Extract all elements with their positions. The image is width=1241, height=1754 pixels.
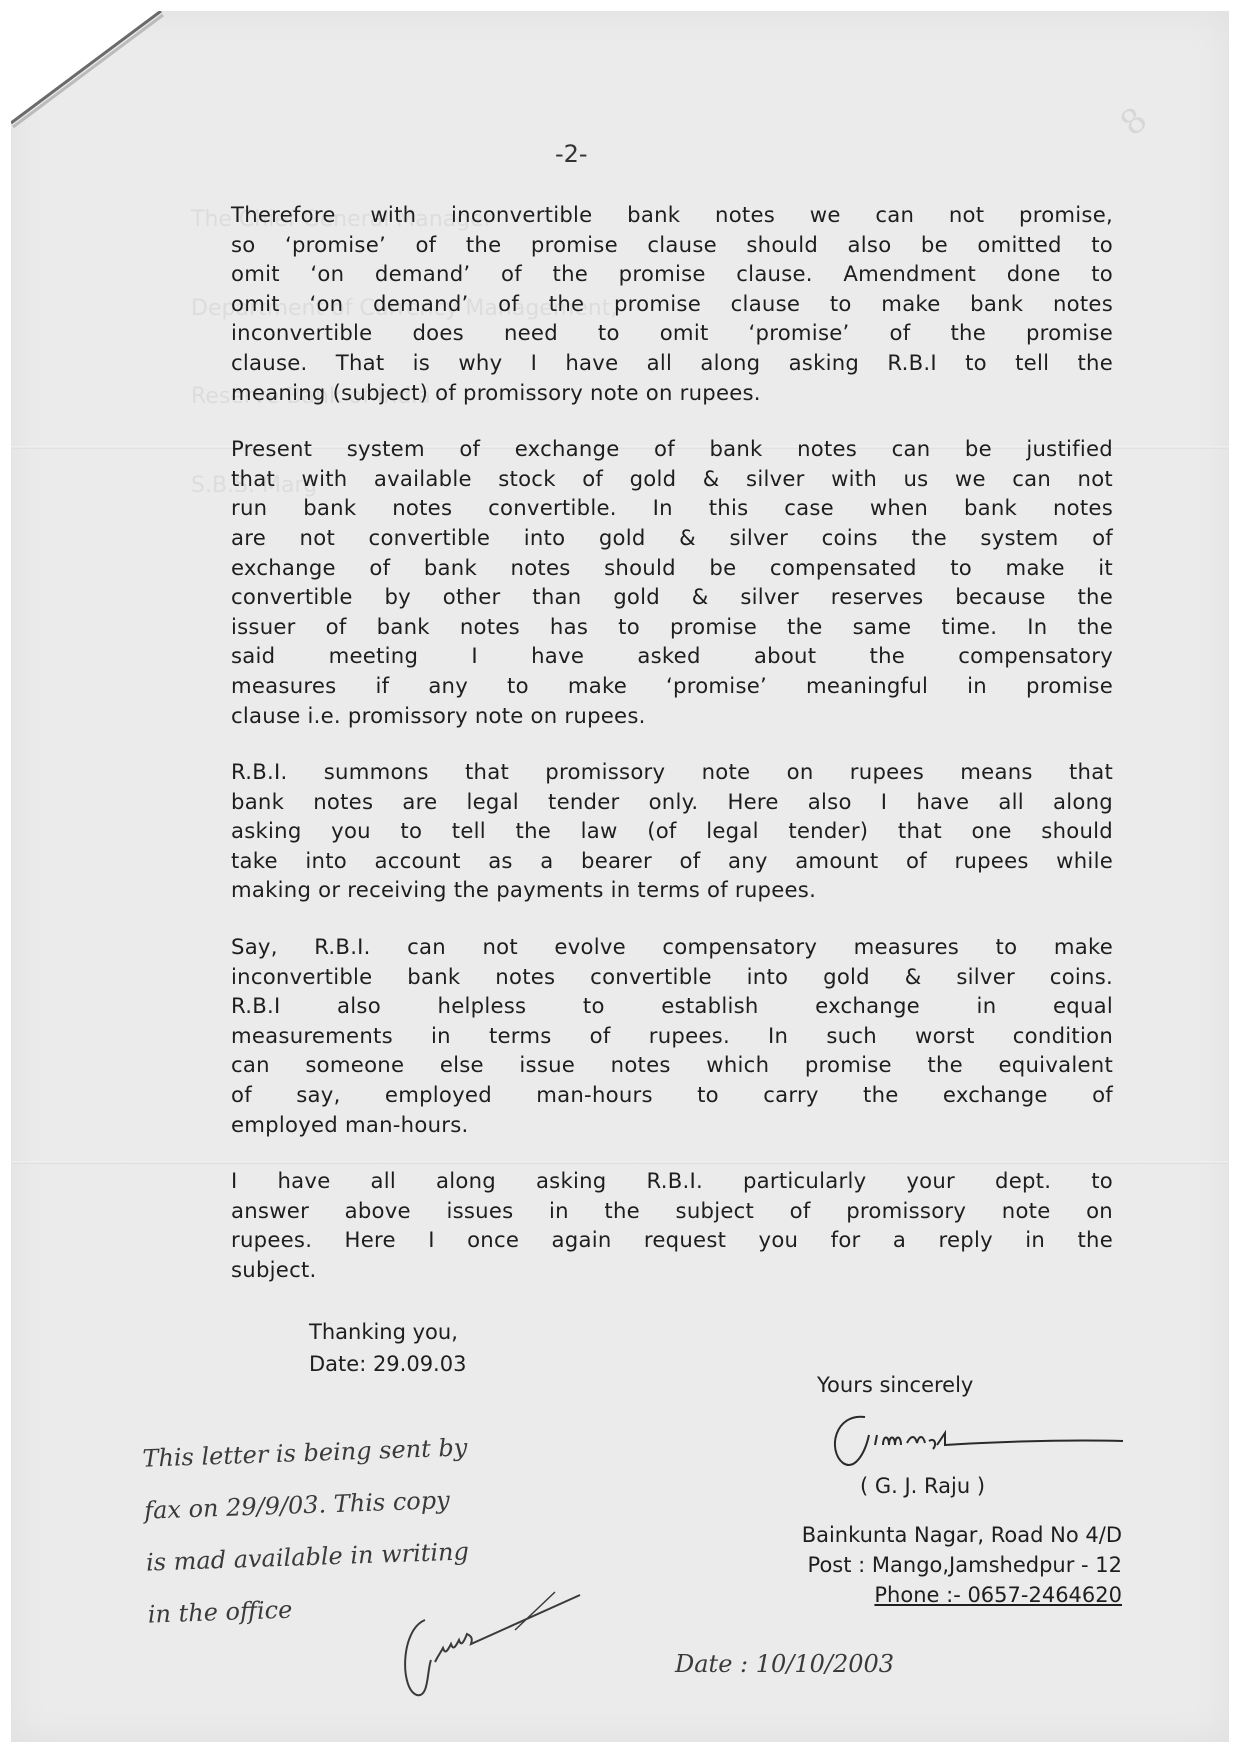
text-line: bank notes are legal tender only. Here a… <box>231 787 1113 817</box>
text-line: run bank notes convertible. In this case… <box>231 493 1113 523</box>
text-line: answer above issues in the subject of pr… <box>231 1196 1113 1226</box>
text-line: convertible by other than gold & silver … <box>231 582 1113 612</box>
text-line: rupees. Here I once again request you fo… <box>231 1225 1113 1255</box>
text-line: R.B.I. summons that promissory note on r… <box>231 757 1113 787</box>
text-line: clause i.e. promissory note on rupees. <box>231 701 1113 731</box>
handwritten-date: Date : 10/10/2003 <box>675 1650 894 1678</box>
text-line: exchange of bank notes should be compens… <box>231 553 1113 583</box>
signatory-name: ( G. J. Raju ) <box>860 1474 985 1498</box>
paragraph: I have all along asking R.B.I. particula… <box>231 1166 1113 1284</box>
paragraph: R.B.I. summons that promissory note on r… <box>231 757 1113 905</box>
closing-block: Thanking you, Date: 29.09.03 <box>309 1316 466 1380</box>
paragraph: Say, R.B.I. can not evolve compensatory … <box>231 932 1113 1139</box>
handwritten-initials-icon <box>395 1590 585 1700</box>
signature-icon <box>825 1405 1125 1475</box>
text-line: Present system of exchange of bank notes… <box>231 434 1113 464</box>
text-line: employed man-hours. <box>231 1110 1113 1140</box>
text-line: inconvertible does need to omit ‘promise… <box>231 318 1113 348</box>
folded-corner-icon <box>11 11 211 171</box>
sender-address: Bainkunta Nagar, Road No 4/D Post : Mang… <box>680 1520 1122 1610</box>
text-line: subject. <box>231 1255 1113 1285</box>
text-line: Say, R.B.I. can not evolve compensatory … <box>231 932 1113 962</box>
text-line: can someone else issue notes which promi… <box>231 1050 1113 1080</box>
text-line: I have all along asking R.B.I. particula… <box>231 1166 1113 1196</box>
text-line: are not convertible into gold & silver c… <box>231 523 1113 553</box>
text-line: issuer of bank notes has to promise the … <box>231 612 1113 642</box>
paragraph: Therefore with inconvertible bank notes … <box>231 200 1113 407</box>
text-line: asking you to tell the law (of legal ten… <box>231 816 1113 846</box>
page-number: -2- <box>555 140 588 168</box>
address-line-1: Bainkunta Nagar, Road No 4/D <box>680 1520 1122 1550</box>
paragraph: Present system of exchange of bank notes… <box>231 434 1113 730</box>
text-line: omit ‘on demand’ of the promise clause. … <box>231 259 1113 289</box>
letter-date: Date: 29.09.03 <box>309 1348 466 1380</box>
address-line-2: Post : Mango,Jamshedpur - 12 <box>680 1550 1122 1580</box>
letter-body: Therefore with inconvertible bank notes … <box>231 200 1113 1312</box>
text-line: measures if any to make ‘promise’ meanin… <box>231 671 1113 701</box>
text-line: so ‘promise’ of the promise clause shoul… <box>231 230 1113 260</box>
text-line: measurements in terms of rupees. In such… <box>231 1021 1113 1051</box>
text-line: omit ‘on demand’ of the promise clause t… <box>231 289 1113 319</box>
text-line: said meeting I have asked about the comp… <box>231 641 1113 671</box>
text-line: making or receiving the payments in term… <box>231 875 1113 905</box>
text-line: R.B.I also helpless to establish exchang… <box>231 991 1113 1021</box>
phone-number: Phone :- 0657-2464620 <box>680 1580 1122 1610</box>
thanking-line: Thanking you, <box>309 1316 466 1348</box>
text-line: clause. That is why I have all along ask… <box>231 348 1113 378</box>
text-line: that with available stock of gold & silv… <box>231 464 1113 494</box>
text-line: of say, employed man-hours to carry the … <box>231 1080 1113 1110</box>
text-line: inconvertible bank notes convertible int… <box>231 962 1113 992</box>
text-line: take into account as a bearer of any amo… <box>231 846 1113 876</box>
text-line: Therefore with inconvertible bank notes … <box>231 200 1113 230</box>
faint-mark-icon: 8 <box>1113 88 1169 144</box>
text-line: meaning (subject) of promissory note on … <box>231 378 1113 408</box>
signoff-salutation: Yours sincerely <box>817 1370 1137 1400</box>
